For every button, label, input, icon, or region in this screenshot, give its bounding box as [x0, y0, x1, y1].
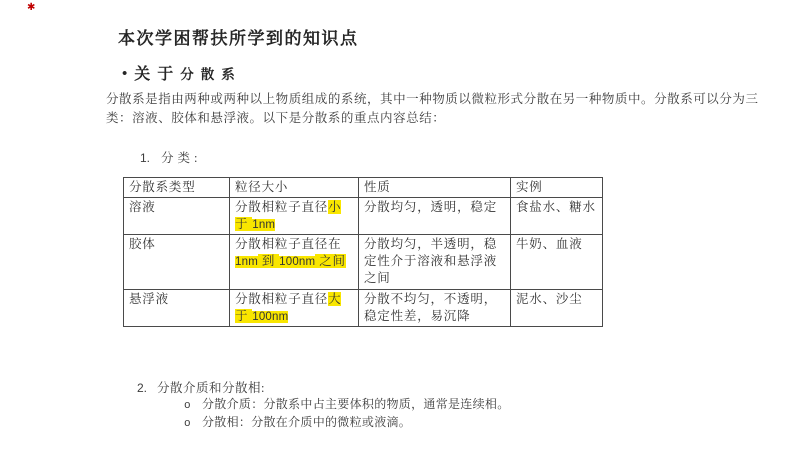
table-row-solution: 溶液 分散相粒子直径小于 1nm 分散均匀，透明，稳定 食盐水、糖水 — [124, 198, 603, 235]
sub-item-text: 分散介质：分散系中占主要体积的物质，通常是连续相。 — [202, 397, 510, 411]
table-cell-examples: 牛奶、血液 — [511, 235, 603, 290]
table-cell-examples: 食盐水、糖水 — [511, 198, 603, 235]
section-heading: •关于分散系 — [122, 61, 242, 84]
circle-bullet-icon: o — [184, 400, 202, 412]
table-header-properties: 性质 — [359, 178, 511, 198]
table-cell-type: 悬浮液 — [124, 290, 230, 327]
table-row-suspension: 悬浮液 分散相粒子直径大于 100nm 分散不均匀，不透明， 稳定性差，易沉降 … — [124, 290, 603, 327]
page-title: 本次学困帮扶所学到的知识点 — [118, 24, 359, 49]
intro-line-1: 分散系是指由两种或两种以上物质组成的系统，其中一种物质以微粒形式分散在另一种物质… — [106, 90, 766, 109]
table-cell-size: 分散相粒子直径在1nm 到 100nm 之间 — [230, 235, 359, 290]
table-row-colloid: 胶体 分散相粒子直径在1nm 到 100nm 之间 分散均匀，半透明，稳 定性介… — [124, 235, 603, 290]
table-header-examples: 实例 — [511, 178, 603, 198]
list-item-classification: 1.分类: — [140, 148, 202, 167]
sub-item-text: 分散相：分散在介质中的微粒或液滴。 — [202, 415, 411, 429]
table-cell-size: 分散相粒子直径大于 100nm — [230, 290, 359, 327]
table-cell-properties: 分散均匀，透明，稳定 — [359, 198, 511, 235]
table-cell-properties: 分散不均匀，不透明， 稳定性差，易沉降 — [359, 290, 511, 327]
table-cell-type: 胶体 — [124, 235, 230, 290]
table-header-row: 分散系类型 粒径大小 性质 实例 — [124, 178, 603, 198]
list-number: 1. — [140, 151, 150, 165]
table-cell-examples: 泥水、沙尘 — [511, 290, 603, 327]
intro-line-2: 类：溶液、胶体和悬浮液。以下是分散系的重点内容总结： — [106, 109, 766, 128]
list-label: 分类: — [161, 151, 201, 165]
table-cell-type: 溶液 — [124, 198, 230, 235]
section-heading-rest: 分散系 — [180, 67, 242, 82]
red-asterisk-icon: ✱ — [27, 3, 35, 13]
list-number: 2. — [137, 381, 147, 395]
table-header-size: 粒径大小 — [230, 178, 359, 198]
table-cell-size: 分散相粒子直径小于 1nm — [230, 198, 359, 235]
intro-paragraph: 分散系是指由两种或两种以上物质组成的系统，其中一种物质以微粒形式分散在另一种物质… — [106, 90, 766, 127]
table-cell-properties: 分散均匀，半透明，稳 定性介于溶液和悬浮液 之间 — [359, 235, 511, 290]
sub-item-dispersed-phase: o分散相：分散在介质中的微粒或液滴。 — [184, 413, 411, 431]
dispersion-table: 分散系类型 粒径大小 性质 实例 溶液 分散相粒子直径小于 1nm 分散均匀，透… — [123, 177, 603, 327]
section-heading-prefix: 关于 — [134, 66, 180, 83]
document-page: ✱ 本次学困帮扶所学到的知识点 •关于分散系 分散系是指由两种或两种以上物质组成… — [0, 0, 799, 450]
sub-item-dispersion-medium: o分散介质：分散系中占主要体积的物质，通常是连续相。 — [184, 395, 510, 413]
table-header-type: 分散系类型 — [124, 178, 230, 198]
circle-bullet-icon: o — [184, 418, 202, 430]
list-label: 分散介质和分散相: — [157, 381, 265, 395]
bullet-icon: • — [122, 66, 127, 82]
